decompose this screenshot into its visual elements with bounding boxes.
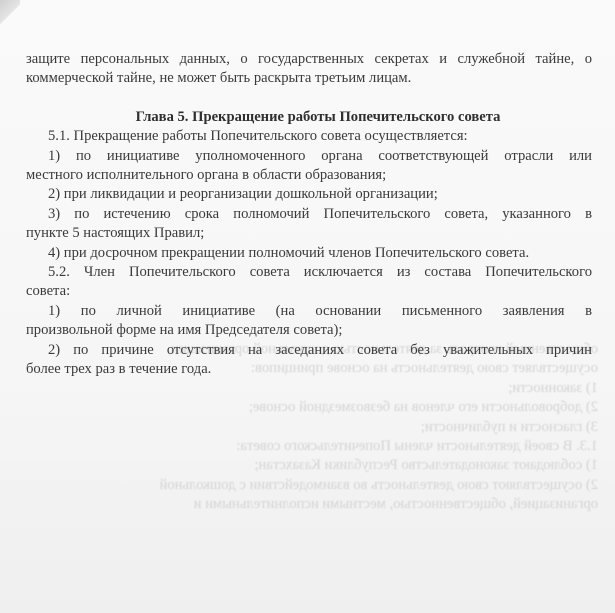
clause-5-1-item-4: 4) при досрочном прекращении полномочий … <box>26 244 592 263</box>
clause-5-2-item-1: 1) по личной инициативе (на основании пи… <box>26 302 592 321</box>
clause-5-1-item-3: 3) по истечению срока полномочий Попечит… <box>26 205 592 224</box>
scanned-document-page: общественный контроль за деятельностью д… <box>0 0 615 613</box>
clause-5-1-item-2: 2) при ликвидации и реорганизации дошкол… <box>26 185 592 204</box>
clause-5-2-item-2-cont: более трех раз в течение года. <box>26 360 592 379</box>
clause-5-2-title-cont: совета: <box>26 282 592 301</box>
clause-5-2-item-1-cont: произвольной форме на имя Председателя с… <box>26 321 592 340</box>
clause-5-1-item-1: 1) по инициативе уполномоченного органа … <box>26 147 592 166</box>
clause-5-1-item-3-cont: пункте 5 настоящих Правил; <box>26 224 592 243</box>
clause-5-2-item-2: 2) по причине отсутствия на заседаниях с… <box>26 341 592 360</box>
page-corner-fold <box>0 0 20 32</box>
clause-5-2-title: 5.2. Член Попечительского совета исключа… <box>26 263 592 282</box>
intro-line-2: коммерческой тайне, не может быть раскры… <box>26 69 592 88</box>
intro-line-1: защите персональных данных, о государств… <box>26 50 592 69</box>
chapter-heading: Глава 5. Прекращение работы Попечительск… <box>26 108 592 127</box>
clause-5-1-title: 5.1. Прекращение работы Попечительского … <box>26 127 592 146</box>
clause-5-1-item-1-cont: местного исполнительного органа в област… <box>26 166 592 185</box>
document-body: защите персональных данных, о государств… <box>26 50 592 380</box>
